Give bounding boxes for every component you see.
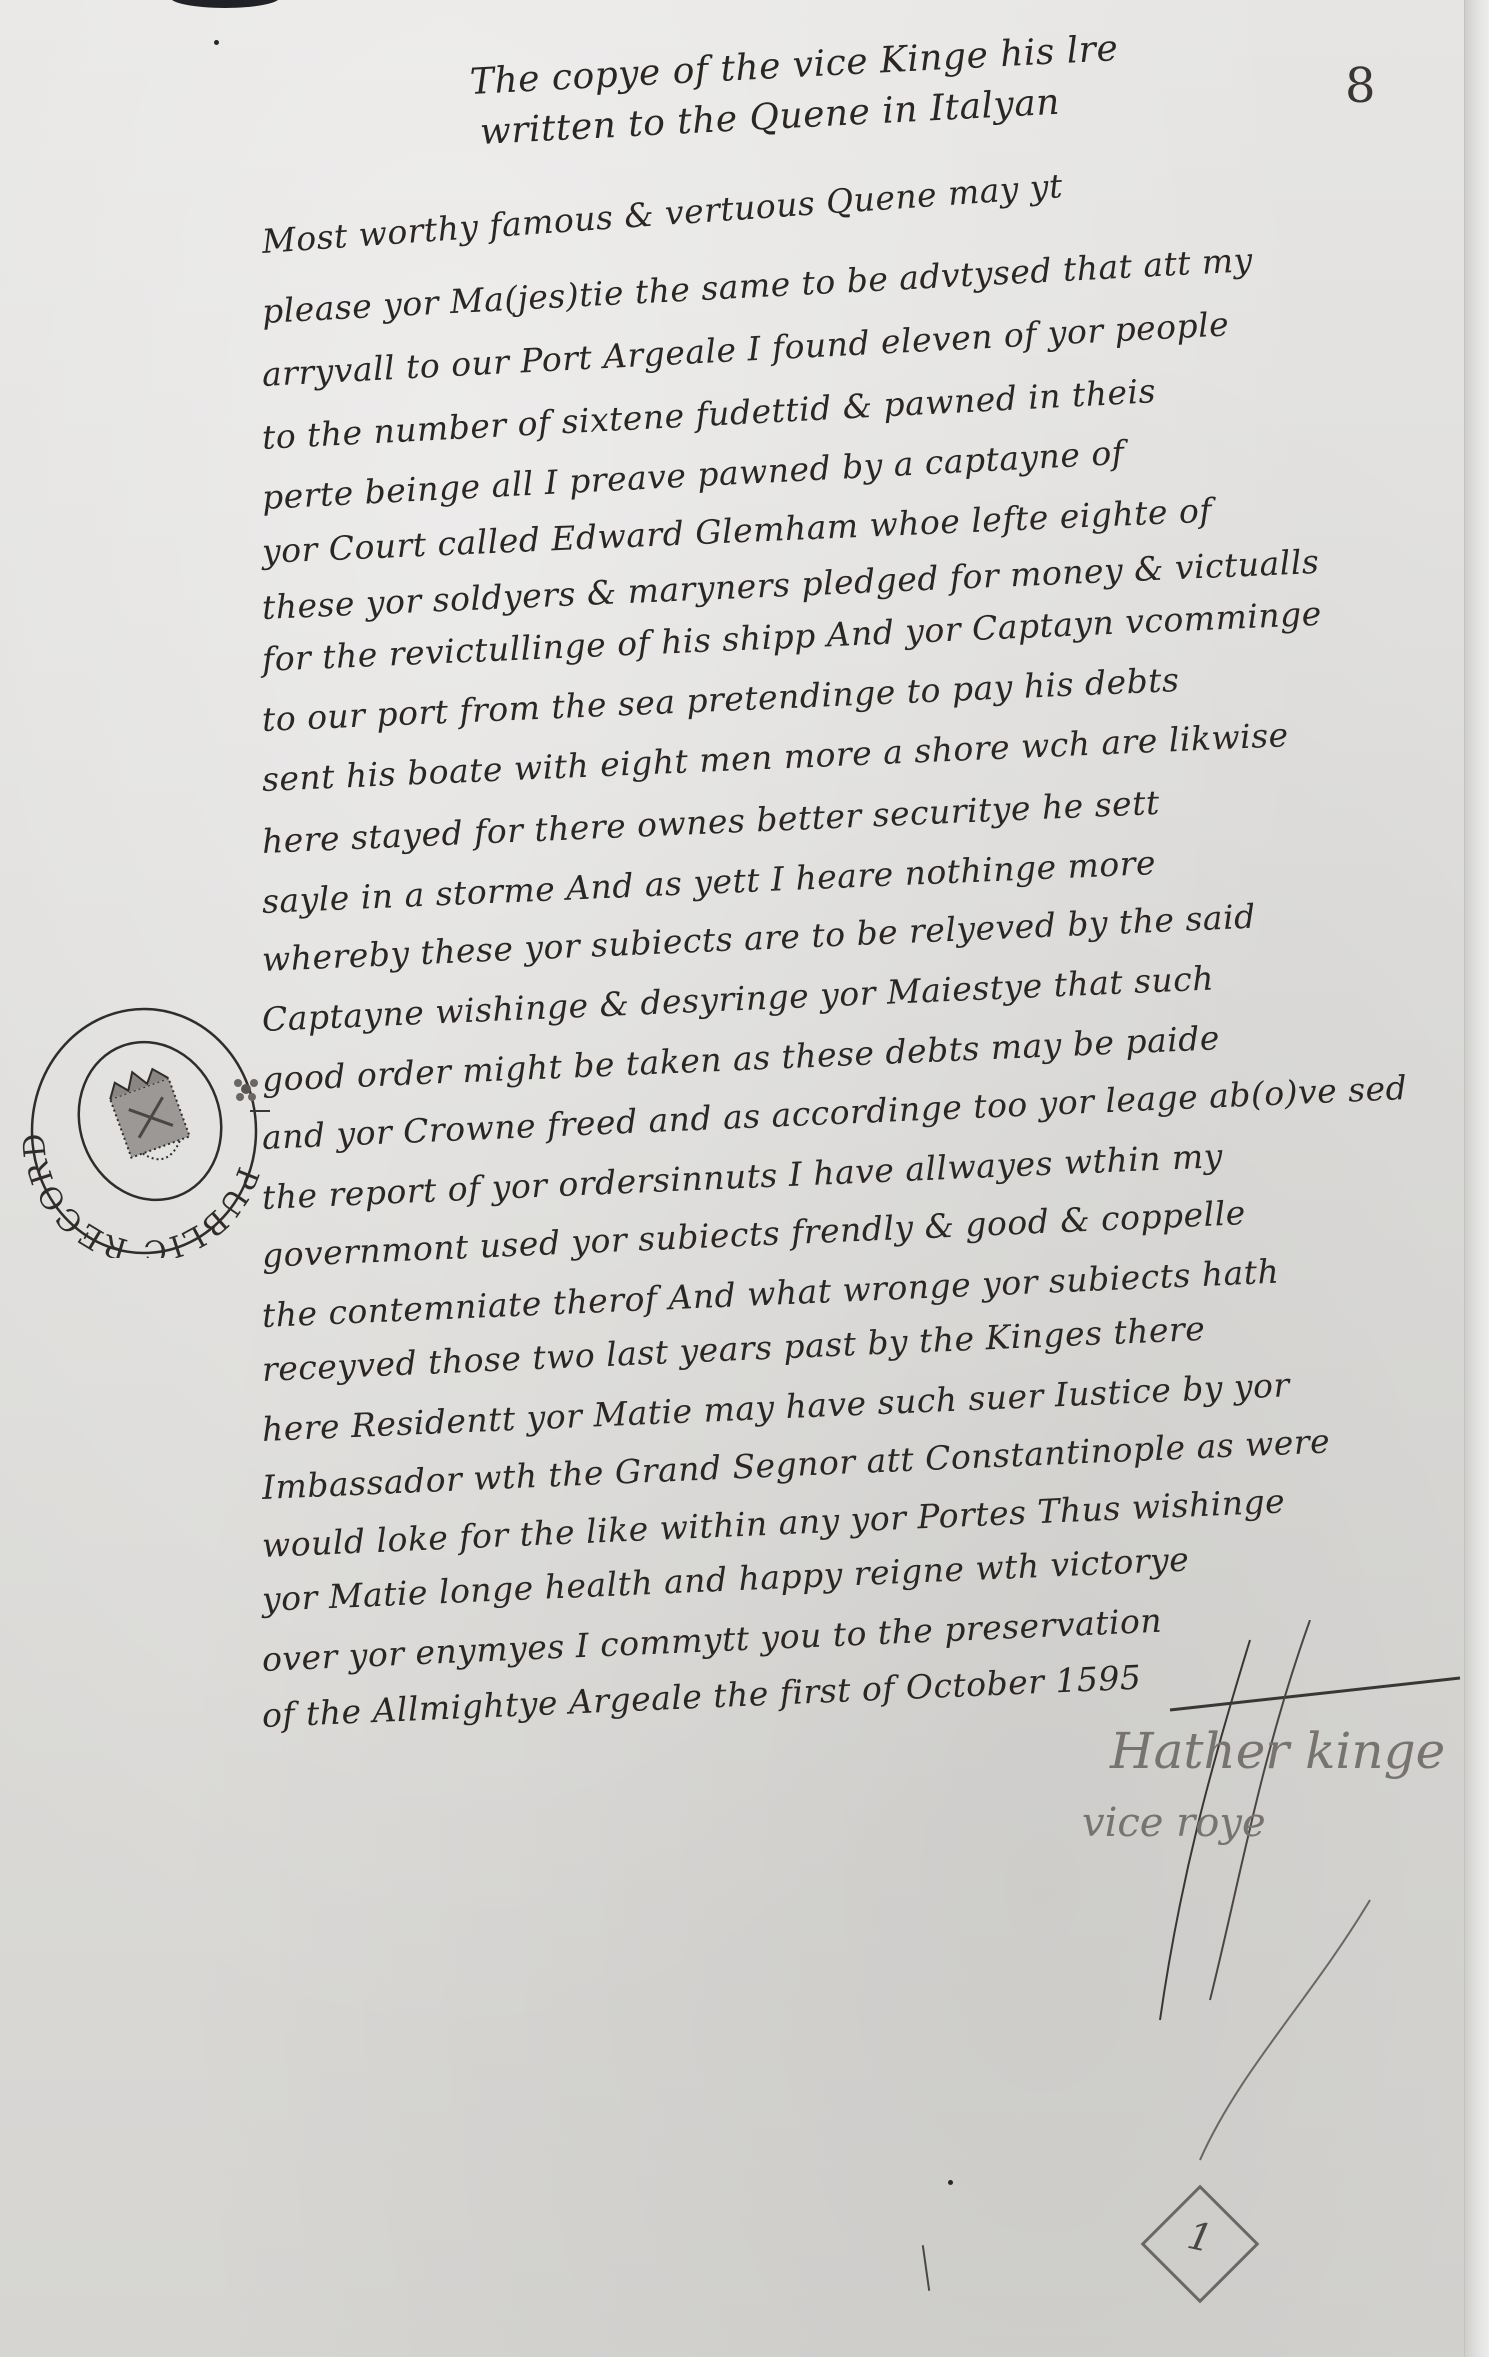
ink-speck xyxy=(948,2180,953,2185)
ink-speck xyxy=(214,40,219,45)
manuscript-page: The copye of the vice Kinge his lre writ… xyxy=(0,0,1489,2357)
crown-emblem-icon xyxy=(104,1061,194,1169)
body-line: Most worthy famous & vertuous Quene may … xyxy=(261,166,1064,261)
signature-title: vice roye xyxy=(1082,1800,1266,1846)
ink-blot-top-edge xyxy=(170,0,280,8)
folio-number: 8 xyxy=(1345,58,1376,114)
signature-name: Hather kinge xyxy=(1110,1722,1445,1780)
stray-pen-mark xyxy=(922,2245,930,2291)
closing-flourish xyxy=(1060,1620,1480,2180)
public-record-office-stamp: PUBLIC RECORD OFFICE xyxy=(22,1003,267,1258)
stamp-connector-line xyxy=(250,1110,270,1112)
